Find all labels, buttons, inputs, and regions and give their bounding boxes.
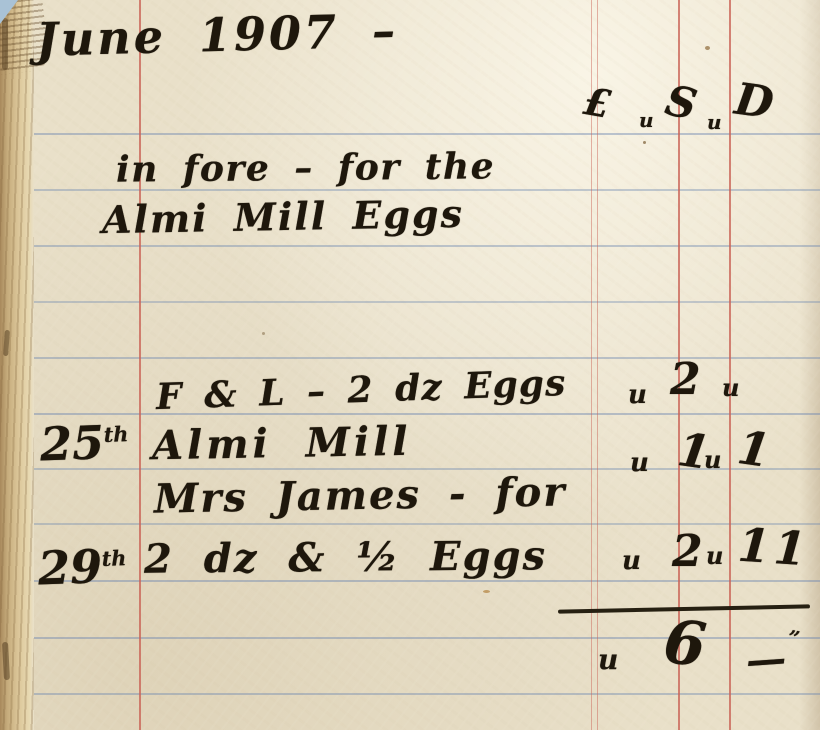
entry-date-suffix: th xyxy=(103,422,128,447)
ruled-line xyxy=(22,301,820,303)
entry-description: F & L – 2 dz Eggs xyxy=(155,365,566,415)
entry-amount-shillings: 2 xyxy=(670,358,701,402)
total-pence-ticks: ” xyxy=(786,627,801,649)
entry-amount-pence-ditto: u xyxy=(722,376,739,400)
entry-amount-pound-ditto: u xyxy=(628,382,647,408)
ruled-line xyxy=(22,245,820,247)
currency-ditto-mark: u xyxy=(639,110,654,130)
entry-amount-pound-ditto: u xyxy=(622,548,641,574)
ledger-page: June 1907 – £ u S u D in fore – for the … xyxy=(0,0,820,730)
ruled-line xyxy=(22,523,820,525)
currency-shilling-symbol: S xyxy=(662,79,700,126)
entry-date-suffix: th xyxy=(101,546,126,571)
entry-description: Mrs James - for xyxy=(154,472,567,519)
entry-amount-pound-ditto: u xyxy=(630,450,649,476)
entry-date: 25th xyxy=(39,418,129,467)
memo-line: Almi Mill Eggs xyxy=(102,195,464,239)
entry-description: 2 dz & ½ Eggs xyxy=(144,536,547,580)
entry-amount-ditto: u xyxy=(706,544,723,568)
currency-pence-symbol: D xyxy=(732,78,776,127)
paper-speck xyxy=(483,590,490,593)
paper-speck xyxy=(643,141,646,144)
ruled-line xyxy=(22,413,820,415)
binding-streak xyxy=(3,330,10,356)
entry-amount-ditto: u xyxy=(704,448,721,472)
currency-pound-symbol: £ xyxy=(581,82,614,124)
entry-date: 29th xyxy=(37,542,127,591)
entry-description: Almi Mill xyxy=(152,422,412,467)
book-binding-edge xyxy=(0,0,34,730)
paper-speck xyxy=(705,46,710,50)
binding-streak xyxy=(2,642,10,680)
entry-amount-shillings: 2 xyxy=(672,530,703,574)
entry-amount-pence: 1 xyxy=(735,424,773,474)
entry-date-number: 29 xyxy=(37,539,103,595)
total-pound-ditto: u xyxy=(598,646,618,674)
total-shillings: 6 xyxy=(661,612,709,676)
margin-line xyxy=(139,0,141,730)
entry-date-number: 25 xyxy=(39,415,105,471)
page-title-date: June 1907 – xyxy=(35,7,398,62)
memo-line: in fore – for the xyxy=(116,148,495,187)
total-pence-dash: — xyxy=(745,639,788,682)
money-column-line xyxy=(729,0,731,730)
currency-ditto-mark: u xyxy=(707,112,722,132)
ruled-line xyxy=(22,693,820,695)
ruled-line xyxy=(22,133,820,135)
entry-amount-pence: 11 xyxy=(736,522,811,573)
paper-speck xyxy=(262,332,265,335)
